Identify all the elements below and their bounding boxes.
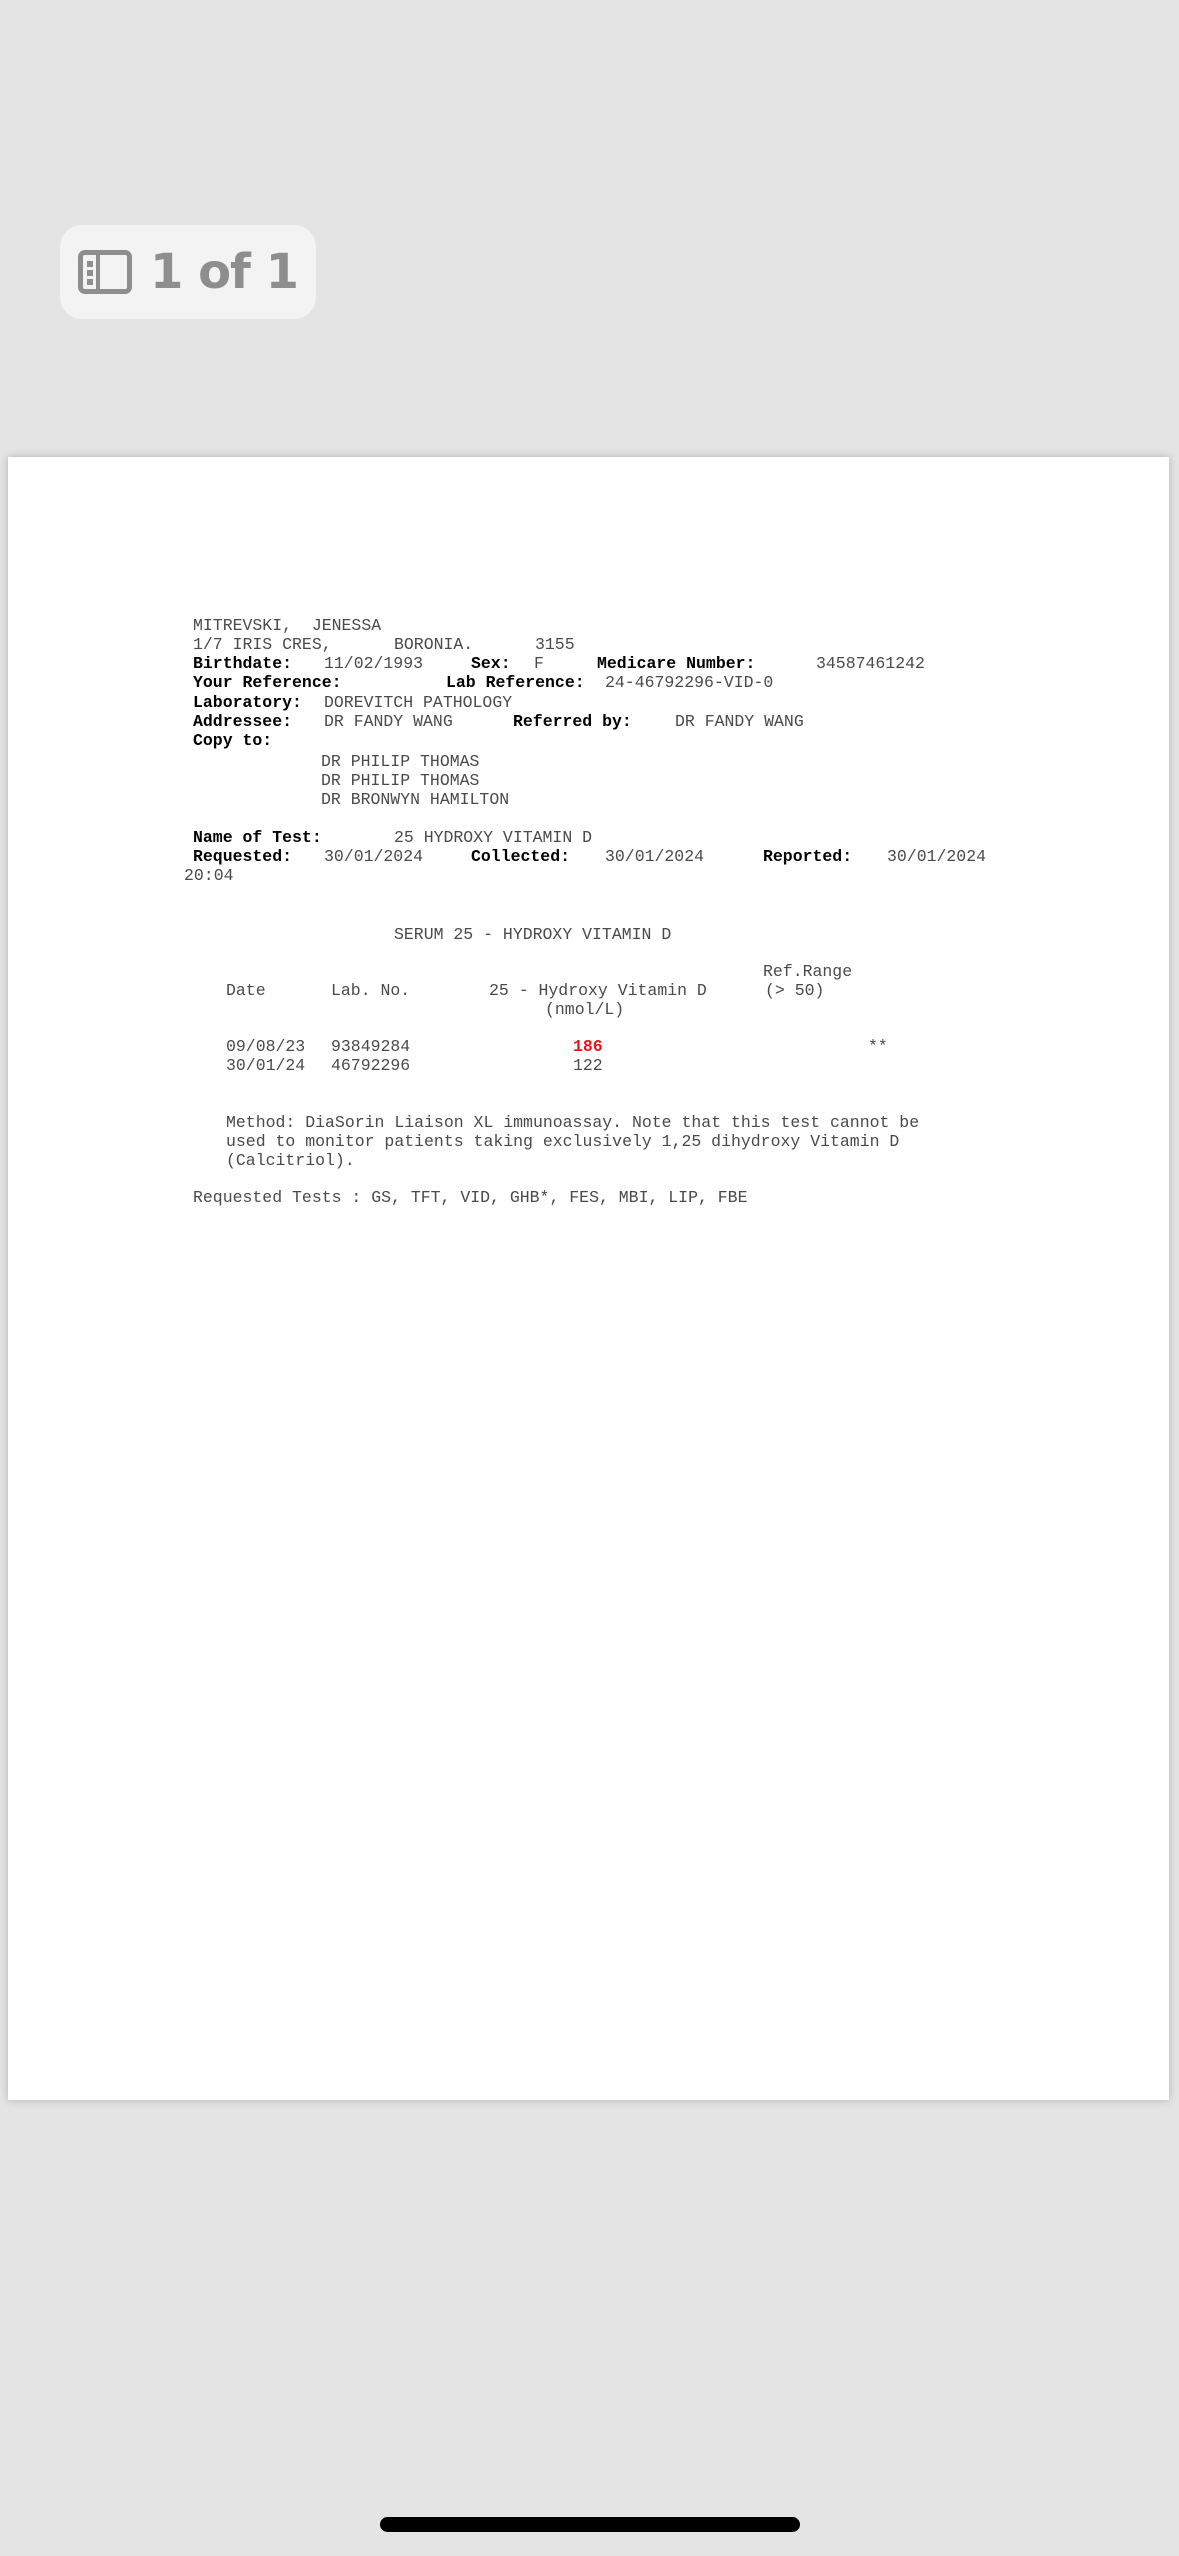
laboratory-label: Laboratory: — [193, 693, 302, 712]
medicare-label: Medicare Number: — [597, 654, 755, 673]
sex-value: F — [534, 654, 544, 673]
sex-label: Sex: — [471, 654, 511, 673]
row-lab-no: 46792296 — [331, 1056, 410, 1075]
requested-label: Requested: — [193, 847, 292, 866]
birthdate-label: Birthdate: — [193, 654, 292, 673]
column-lab-no: Lab. No. — [331, 981, 410, 1000]
patient-address: 1/7 IRIS CRES, — [193, 635, 332, 654]
copy-to-recipient: DR PHILIP THOMAS — [321, 752, 479, 771]
method-note-line: used to monitor patients taking exclusiv… — [226, 1132, 899, 1151]
reported-label: Reported: — [763, 847, 852, 866]
test-name-label: Name of Test: — [193, 828, 322, 847]
copy-to-recipient: DR BRONWYN HAMILTON — [321, 790, 509, 809]
lab-reference-value: 24-46792296-VID-0 — [605, 673, 773, 692]
birthdate-value: 11/02/1993 — [324, 654, 423, 673]
copy-to-label: Copy to: — [193, 731, 272, 750]
results-title: SERUM 25 - HYDROXY VITAMIN D — [394, 925, 671, 944]
column-units: (nmol/L) — [545, 1000, 624, 1019]
requested-tests: Requested Tests : GS, TFT, VID, GHB*, FE… — [193, 1188, 748, 1207]
your-reference-label: Your Reference: — [193, 673, 342, 692]
sidebar-icon — [78, 250, 132, 294]
column-date: Date — [226, 981, 266, 1000]
page-indicator[interactable]: 1 of 1 — [60, 225, 316, 319]
referred-by-label: Referred by: — [513, 712, 632, 731]
copy-to-recipient: DR PHILIP THOMAS — [321, 771, 479, 790]
requested-value: 30/01/2024 — [324, 847, 423, 866]
collected-label: Collected: — [471, 847, 570, 866]
row-flag: ** — [868, 1037, 888, 1056]
laboratory-value: DOREVITCH PATHOLOGY — [324, 693, 512, 712]
medicare-value: 34587461242 — [816, 654, 925, 673]
patient-suburb: BORONIA. — [394, 635, 473, 654]
row-value: 122 — [573, 1056, 603, 1075]
referred-by-value: DR FANDY WANG — [675, 712, 804, 731]
addressee-label: Addressee: — [193, 712, 292, 731]
patient-postcode: 3155 — [535, 635, 575, 654]
ref-range-label: Ref.Range — [763, 962, 852, 981]
method-note-line: Method: DiaSorin Liaison XL immunoassay.… — [226, 1113, 919, 1132]
row-date: 09/08/23 — [226, 1037, 305, 1056]
column-analyte: 25 - Hydroxy Vitamin D — [489, 981, 707, 1000]
document-page: MITREVSKI, JENESSA 1/7 IRIS CRES, BORONI… — [8, 457, 1169, 2100]
home-indicator[interactable] — [380, 2517, 800, 2532]
ref-range-value: (> 50) — [765, 981, 824, 1000]
page-count: 1 of 1 — [150, 244, 298, 300]
row-lab-no: 93849284 — [331, 1037, 410, 1056]
row-value-abnormal: 186 — [573, 1037, 603, 1056]
patient-name: MITREVSKI, JENESSA — [193, 616, 381, 635]
collected-value: 30/01/2024 — [605, 847, 704, 866]
row-date: 30/01/24 — [226, 1056, 305, 1075]
lab-report: MITREVSKI, JENESSA 1/7 IRIS CRES, BORONI… — [8, 457, 1169, 2100]
addressee-value: DR FANDY WANG — [324, 712, 453, 731]
reported-value: 30/01/2024 — [887, 847, 986, 866]
test-name-value: 25 HYDROXY VITAMIN D — [394, 828, 592, 847]
reported-time: 20:04 — [184, 866, 234, 885]
method-note-line: (Calcitriol). — [226, 1151, 355, 1170]
lab-reference-label: Lab Reference: — [446, 673, 585, 692]
